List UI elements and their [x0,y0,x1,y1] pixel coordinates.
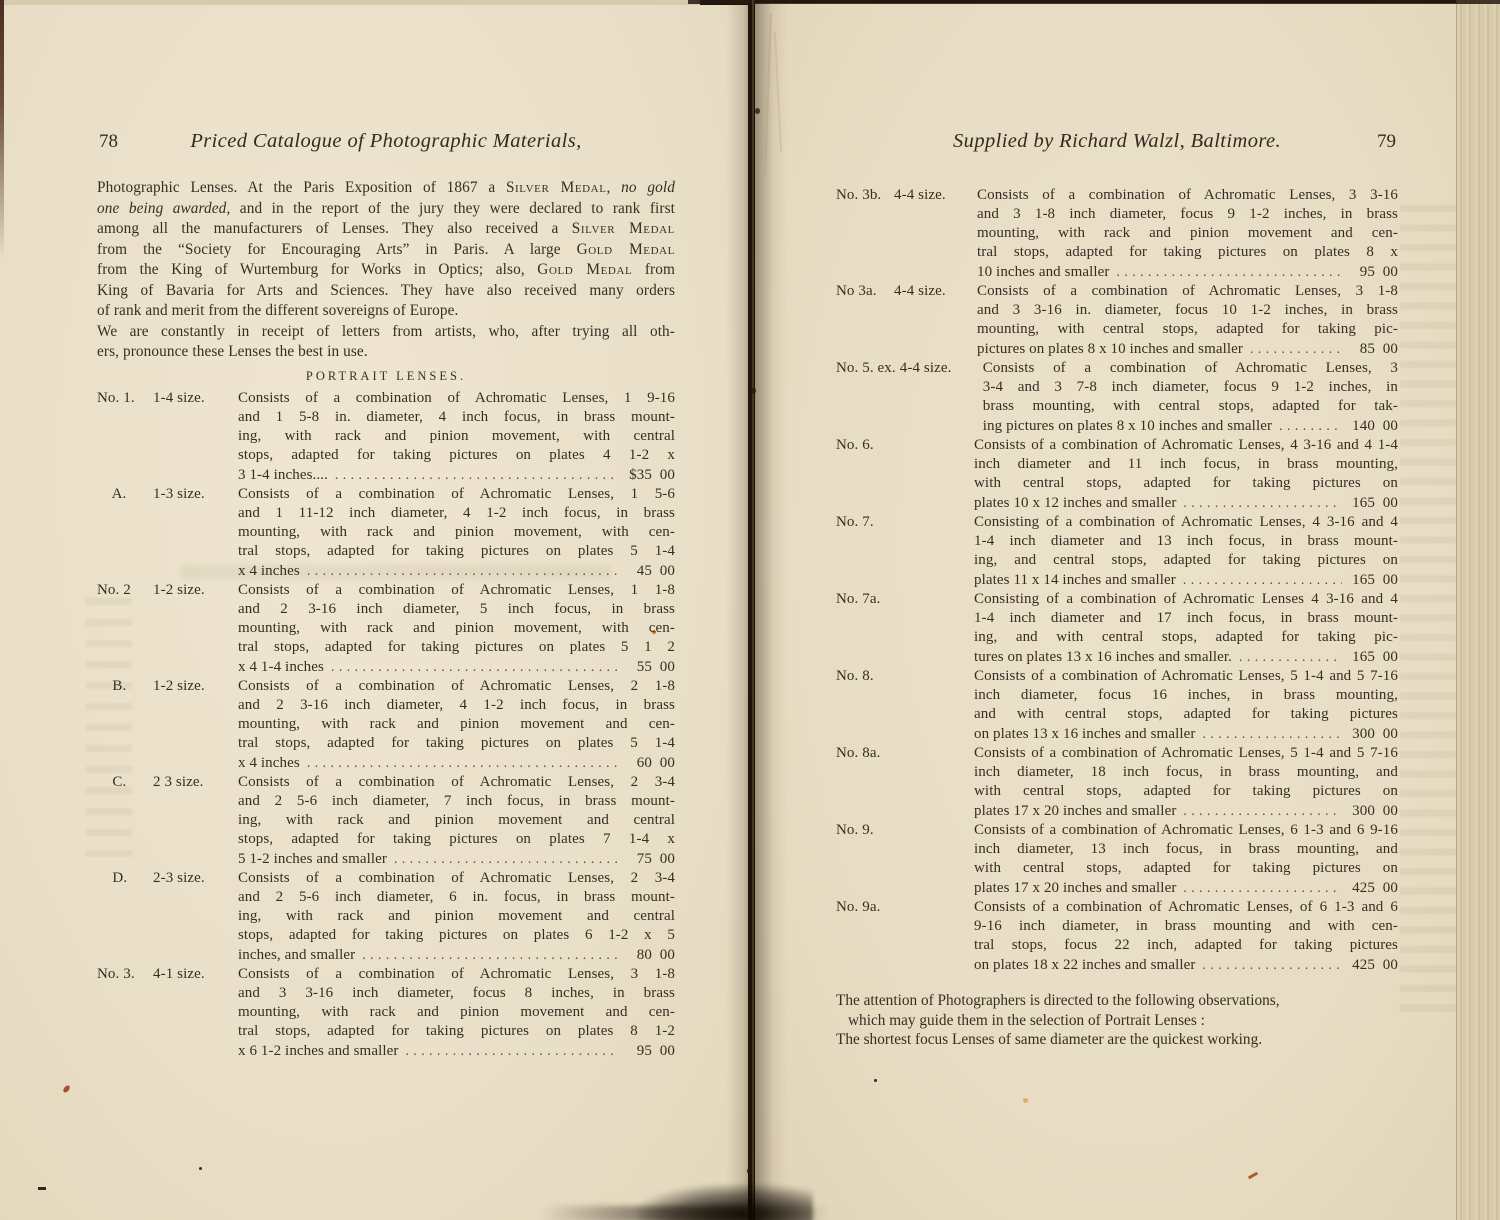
entry-last-text: plates 17 x 20 inches and smaller [974,879,1176,898]
entry-description-line: ing, and with central stops, adapted for… [974,628,1398,647]
running-title: Priced Catalogue of Photographic Materia… [97,130,675,153]
entry-size: 4-4 size. [900,359,968,378]
lens-entry: No. 2 1-2 size. Consists of a combinatio… [97,581,675,677]
entry-number-label: No. 7a. [836,590,894,609]
entry-description-line: mounting, with rack and pinion movement … [238,715,675,734]
entry-last-line: x 4 1-4 inches .........................… [238,657,675,677]
entry-last-text: x 4 inches [238,562,300,581]
entry-last-text: inches, and smaller [238,946,355,965]
lens-entry: No. 3. 4-1 size. Consists of a combinati… [97,965,675,1061]
entry-description-line: and 1 5-8 in. diameter, 4 inch focus, in… [238,408,675,427]
entry-number-label: No. 6. [836,436,894,455]
entry-description-line: with central stops, adapted for taking p… [974,474,1398,493]
gutter-fold-line [752,0,754,1220]
entry-description-line: Consists of a combination of Achromatic … [974,821,1398,840]
entry-number-label: No. 9a. [836,898,894,917]
lens-entry: No. 7. Consisting of a combination of Ac… [836,513,1398,590]
dot-leader: ........................................… [307,753,619,772]
entry-number-label: No. 8. [836,667,894,686]
entry-description-line: Consists of a combination of Achromatic … [238,773,675,792]
entry-description-line: inch diameter, 13 inch focus, in brass m… [974,840,1398,859]
entry-description-line: mounting, with rack and pinion movement … [238,1003,675,1022]
entry-description-line: 3-4 and 3 7-8 inch diameter, focus 9 1-2… [983,378,1398,397]
entry-description-line: Consists of a combination of Achromatic … [974,667,1398,686]
entry-description-line: 1-4 inch diameter and 13 inch focus, in … [974,532,1398,551]
entry-description-line: tral stops, focus 22 inch, adapted for t… [974,936,1398,955]
entry-price: 80 00 [625,946,675,965]
entry-description: Consisting of a combination of Achromati… [894,590,1398,667]
stitch-hole [755,108,760,114]
entry-last-text: x 4 inches [238,754,300,773]
paper-speck [38,1187,46,1190]
entry-price: 60 00 [625,754,675,773]
entry-description-lines: Consists of a combination of Achromatic … [894,667,1398,724]
entry-description-line: brass mounting, with central stops, adap… [983,397,1398,416]
dot-leader: ........................................… [307,561,619,580]
dot-leader: ........................................… [1202,955,1342,974]
entry-description-line: mounting, with rack and pinion movement … [977,224,1398,243]
entry-number-label: No. 9. [836,821,894,840]
stitch-hole [751,388,756,394]
entry-number-label: No. 5. ex. [836,359,900,378]
entry-description: Consists of a combination of Achromatic … [894,667,1398,744]
entry-description-line: inch diameter, 18 inch focus, in brass m… [974,763,1398,782]
entry-number-label: B. [97,677,153,696]
entry-price: $35 00 [625,466,675,485]
dot-leader: ........................................… [1250,339,1342,358]
entry-last-text: tures on plates 13 x 16 inches and small… [974,648,1232,667]
entry-description-line: Consists of a combination of Achromatic … [238,677,675,696]
paragraph-line: from the “Society for Encouraging Arts” … [97,240,675,261]
entry-last-line: pictures on plates 8 x 10 inches and sma… [977,339,1398,359]
entry-last-line: tures on plates 13 x 16 inches and small… [974,647,1398,667]
bottom-edge-shadow [540,1206,830,1220]
entry-price: 95 00 [1348,263,1398,282]
entry-description-line: Consists of a combination of Achromatic … [238,965,675,984]
dot-leader: ........................................… [1183,570,1342,589]
entry-description-line: with central stops, adapted for taking p… [974,859,1398,878]
entry-description-line: and 2 5-6 inch diameter, 6 in. focus, in… [238,888,675,907]
entry-description-line: and 2 3-16 inch diameter, 4 1-2 inch foc… [238,696,675,715]
entry-description-lines: Consists of a combination of Achromatic … [894,744,1398,801]
entry-description-lines: Consisting of a combination of Achromati… [894,590,1398,647]
lens-entry: D. 2-3 size. Consists of a combination o… [97,869,675,965]
page-number: 78 [99,131,118,153]
entry-last-line: 5 1-2 inches and smaller ...............… [238,849,675,869]
entry-last-line: on plates 18 x 22 inches and smaller ...… [974,955,1398,975]
entry-description-line: 9-16 inch diameter, in brass mounting an… [974,917,1398,936]
dot-leader: ........................................… [362,945,619,964]
entry-description-line: inch diameter and 11 inch focus, in bras… [974,455,1398,474]
dot-leader: ........................................… [335,465,619,484]
entry-description-line: Consists of a combination of Achromatic … [977,282,1398,301]
left-page-header: 78 Priced Catalogue of Photographic Mate… [97,130,675,160]
dot-leader: ........................................… [1183,878,1342,897]
dot-leader: ........................................… [394,849,619,868]
entry-description: Consists of a combination of Achromatic … [223,965,675,1061]
paragraph-line: ers, pronounce these Lenses the best in … [97,342,675,363]
entry-description-line: tral stops, adapted for taking pictures … [238,1022,675,1041]
page-edge-stack [1456,0,1500,1220]
second-paragraph: We are constantly in receipt of letters … [97,322,675,363]
stitch-hole [747,1168,752,1174]
entry-description-line: inch diameter, focus 16 inches, in brass… [974,686,1398,705]
paragraph-line: The attention of Photographers is direct… [836,991,1398,1011]
section-heading: PORTRAIT LENSES. [97,369,675,384]
entry-description: Consists of a combination of Achromatic … [223,485,675,581]
dot-leader: ........................................… [1116,262,1342,281]
entry-last-text: 3 1-4 inches.... [238,466,328,485]
entry-last-text: on plates 18 x 22 inches and smaller [974,956,1195,975]
entry-number-label: No. 2 [97,581,153,600]
entry-description: Consists of a combination of Achromatic … [962,282,1398,359]
entry-description-line: stops, adapted for taking pictures on pl… [238,830,675,849]
entry-description: Consists of a combination of Achromatic … [968,359,1398,436]
entry-description-line: Consisting of a combination of Achromati… [974,513,1398,532]
entry-size: 4-4 size. [894,186,962,205]
book-top-shadow [688,0,1500,4]
entry-description: Consists of a combination of Achromatic … [223,773,675,869]
book-cover-edge [0,0,4,260]
lens-entry: No. 7a. Consisting of a combination of A… [836,590,1398,667]
entry-description-line: and with central stops, adapted for taki… [974,705,1398,724]
lens-entry: No. 9. Consists of a combination of Achr… [836,821,1398,898]
entry-price: 75 00 [625,850,675,869]
entry-description-line: and 2 5-6 inch diameter, 7 inch focus, i… [238,792,675,811]
lens-entry: No 3a. 4-4 size. Consists of a combinati… [836,282,1398,359]
entry-number-label: A. [97,485,153,504]
entry-description-lines: Consists of a combination of Achromatic … [223,677,675,753]
lens-entry: No. 8. Consists of a combination of Achr… [836,667,1398,744]
lens-entry: No. 1. 1-4 size. Consists of a combinati… [97,389,675,485]
entry-size: 1-2 size. [153,581,223,600]
entry-description-line: tral stops, adapted for taking pictures … [238,542,675,561]
entry-description-line: tral stops, adapted for taking pictures … [977,243,1398,262]
right-page-header: 79 Supplied by Richard Walzl, Baltimore. [836,130,1398,160]
entry-size: 1-3 size. [153,485,223,504]
entry-size: 2 3 size. [153,773,223,792]
entry-last-text: plates 10 x 12 inches and smaller [974,494,1176,513]
entry-description-line: Consists of a combination of Achromatic … [977,186,1398,205]
entry-price: 45 00 [625,562,675,581]
entry-description-line: mounting, with rack and pinion movement,… [238,523,675,542]
entry-description-lines: Consists of a combination of Achromatic … [894,898,1398,955]
entry-price: 85 00 [1348,340,1398,359]
entry-description-lines: Consists of a combination of Achromatic … [223,485,675,561]
entry-description-line: stops, adapted for taking pictures on pl… [238,446,675,465]
entry-description-line: Consists of a combination of Achromatic … [238,389,675,408]
entry-description-line: Consists of a combination of Achromatic … [983,359,1398,378]
entry-size: 4-4 size. [894,282,962,301]
entry-last-line: plates 17 x 20 inches and smaller ......… [974,801,1398,821]
entry-description-lines: Consists of a combination of Achromatic … [962,282,1398,339]
paragraph-line: The shortest focus Lenses of same diamet… [836,1030,1398,1050]
lens-entry: A. 1-3 size. Consists of a combination o… [97,485,675,581]
entry-description: Consists of a combination of Achromatic … [223,677,675,773]
paragraph-line: one being awarded, and in the report of … [97,199,675,220]
dot-leader: ........................................… [1183,801,1342,820]
entry-description-line: Consists of a combination of Achromatic … [974,898,1398,917]
paper-speck [1023,1098,1028,1103]
paragraph-line: which may guide them in the selection of… [836,1011,1398,1031]
entry-number-label: No 3a. [836,282,894,301]
running-title: Supplied by Richard Walzl, Baltimore. [836,130,1398,153]
entry-description: Consists of a combination of Achromatic … [894,436,1398,513]
entry-last-text: plates 17 x 20 inches and smaller [974,802,1176,821]
entry-description: Consists of a combination of Achromatic … [962,186,1398,282]
lens-entry: No. 3b. 4-4 size. Consists of a combinat… [836,186,1398,282]
entry-description: Consists of a combination of Achromatic … [223,389,675,485]
entry-description-lines: Consists of a combination of Achromatic … [223,965,675,1041]
entry-description-lines: Consists of a combination of Achromatic … [223,869,675,945]
entry-description-line: mounting, with rack and pinion movement,… [238,619,675,638]
lens-entries-right: No. 3b. 4-4 size. Consists of a combinat… [836,186,1398,975]
entry-description: Consists of a combination of Achromatic … [894,821,1398,898]
entry-description-line: Consists of a combination of Achromatic … [238,869,675,888]
entry-last-text: 5 1-2 inches and smaller [238,850,387,869]
dot-leader: ........................................… [331,657,619,676]
dot-leader: ........................................… [1202,724,1342,743]
entry-description-lines: Consists of a combination of Achromatic … [894,821,1398,878]
entry-description-lines: Consists of a combination of Achromatic … [223,773,675,849]
intro-paragraph: Photographic Lenses. At the Paris Exposi… [97,178,675,322]
entry-last-text: x 4 1-4 inches [238,658,324,677]
entry-size: 1-2 size. [153,677,223,696]
entry-last-line: x 6 1-2 inches and smaller .............… [238,1041,675,1061]
paragraph-line: from the King of Wurtemburg for Works in… [97,260,675,281]
entry-price: 425 00 [1348,879,1398,898]
closing-paragraph: The attention of Photographers is direct… [836,991,1398,1050]
lens-entry: C. 2 3 size. Consists of a combination o… [97,773,675,869]
lens-entry: No. 5. ex. 4-4 size. Consists of a combi… [836,359,1398,436]
entry-description: Consists of a combination of Achromatic … [223,869,675,965]
lens-entry: No. 9a. Consists of a combination of Ach… [836,898,1398,975]
entry-last-text: 10 inches and smaller [977,263,1109,282]
paragraph-line: of rank and merit from the different sov… [97,301,675,322]
lens-entry: B. 1-2 size. Consists of a combination o… [97,677,675,773]
paragraph-line: among all the manufacturers of Lenses. T… [97,219,675,240]
entry-description-line: stops, adapted for taking pictures on pl… [238,926,675,945]
entry-description: Consists of a combination of Achromatic … [894,744,1398,821]
entry-number-label: No. 7. [836,513,894,532]
entry-number-label: C. [97,773,153,792]
entry-number-label: No. 8a. [836,744,894,763]
entry-last-text: x 6 1-2 inches and smaller [238,1042,398,1061]
entry-price: 425 00 [1348,956,1398,975]
entry-number-label: D. [97,869,153,888]
gutter-shadow [726,0,788,1220]
entry-description-lines: Consists of a combination of Achromatic … [223,581,675,657]
dot-leader: ........................................… [1183,493,1342,512]
paragraph-line: We are constantly in receipt of letters … [97,322,675,343]
entry-description-line: and 3 3-16 inch diameter, focus 8 inches… [238,984,675,1003]
entry-last-text: ing pictures on plates 8 x 10 inches and… [983,417,1272,436]
entry-last-line: on plates 13 x 16 inches and smaller ...… [974,724,1398,744]
entry-description-line: ing, with rack and pinion movement and c… [238,811,675,830]
lens-entry: No. 6. Consists of a combination of Achr… [836,436,1398,513]
entry-description-line: with central stops, adapted for taking p… [974,782,1398,801]
page-number: 79 [1377,131,1396,153]
entry-price: 55 00 [625,658,675,677]
dot-leader: ........................................… [405,1041,619,1060]
entry-last-line: x 4 inches .............................… [238,753,675,773]
entry-description-line: Consists of a combination of Achromatic … [974,436,1398,455]
entry-description-line: 1-4 inch diameter and 17 inch focus, in … [974,609,1398,628]
entry-description: Consists of a combination of Achromatic … [223,581,675,677]
entry-description-lines: Consists of a combination of Achromatic … [962,186,1398,262]
entry-last-line: 3 1-4 inches.... .......................… [238,465,675,485]
entry-last-line: plates 17 x 20 inches and smaller ......… [974,878,1398,898]
entry-description-lines: Consisting of a combination of Achromati… [894,513,1398,570]
entry-description-line: ing, and central stops, adapted for taki… [974,551,1398,570]
entry-size: 4-1 size. [153,965,223,984]
entry-last-text: plates 11 x 14 inches and smaller [974,571,1176,590]
entry-price: 300 00 [1348,802,1398,821]
entry-price: 300 00 [1348,725,1398,744]
entry-price: 165 00 [1348,648,1398,667]
entry-description-lines: Consists of a combination of Achromatic … [894,436,1398,493]
entry-price: 165 00 [1348,571,1398,590]
entry-last-line: 10 inches and smaller ..................… [977,262,1398,282]
entry-last-text: pictures on plates 8 x 10 inches and sma… [977,340,1243,359]
left-page-content: 78 Priced Catalogue of Photographic Mate… [97,130,675,1061]
paper-speck [199,1167,202,1170]
paragraph-line: Photographic Lenses. At the Paris Exposi… [97,178,675,199]
entry-description: Consisting of a combination of Achromati… [894,513,1398,590]
entry-last-line: ing pictures on plates 8 x 10 inches and… [983,416,1398,436]
lens-entry: No. 8a. Consists of a combination of Ach… [836,744,1398,821]
entry-description-line: mounting, with central stops, adapted fo… [977,320,1398,339]
entry-number-label: No. 1. [97,389,153,408]
entry-description-line: ing, with rack and pinion movement and c… [238,907,675,926]
entry-last-line: x 4 inches .............................… [238,561,675,581]
entry-description-line: Consists of a combination of Achromatic … [238,485,675,504]
entry-last-line: inches, and smaller ....................… [238,945,675,965]
entry-description: Consists of a combination of Achromatic … [894,898,1398,975]
entry-description-line: Consisting of a combination of Achromati… [974,590,1398,609]
entry-price: 95 00 [625,1042,675,1061]
entry-size: 2-3 size. [153,869,223,888]
entry-price: 140 00 [1348,417,1398,436]
entry-last-text: on plates 13 x 16 inches and smaller [974,725,1195,744]
entry-description-line: tral stops, adapted for taking pictures … [238,638,675,657]
entry-description-line: Consists of a combination of Achromatic … [974,744,1398,763]
entry-number-label: No. 3. [97,965,153,984]
entry-price: 165 00 [1348,494,1398,513]
entry-description-line: and 1 11-12 inch diameter, 4 1-2 inch fo… [238,504,675,523]
entry-number-label: No. 3b. [836,186,894,205]
dot-leader: ........................................… [1279,416,1342,435]
entry-size: 1-4 size. [153,389,223,408]
paragraph-line: King of Bavaria for Arts and Sciences. T… [97,281,675,302]
dot-leader: ........................................… [1239,647,1342,666]
entry-description-line: tral stops, adapted for taking pictures … [238,734,675,753]
right-page-content: 79 Supplied by Richard Walzl, Baltimore.… [836,130,1398,1050]
entry-description-line: Consists of a combination of Achromatic … [238,581,675,600]
entry-description-lines: Consists of a combination of Achromatic … [223,389,675,465]
entry-description-line: and 3 3-16 in. diameter, focus 10 1-2 in… [977,301,1398,320]
entry-description-line: and 2 3-16 inch diameter, 5 inch focus, … [238,600,675,619]
entry-last-line: plates 10 x 12 inches and smaller ......… [974,493,1398,513]
lens-entries-left: No. 1. 1-4 size. Consists of a combinati… [97,389,675,1061]
entry-description-line: and 3 1-8 inch diameter, focus 9 1-2 inc… [977,205,1398,224]
paper-speck [874,1079,877,1082]
entry-last-line: plates 11 x 14 inches and smaller ......… [974,570,1398,590]
entry-description-line: ing, with rack and pinion movement, with… [238,427,675,446]
entry-description-lines: Consists of a combination of Achromatic … [968,359,1398,416]
